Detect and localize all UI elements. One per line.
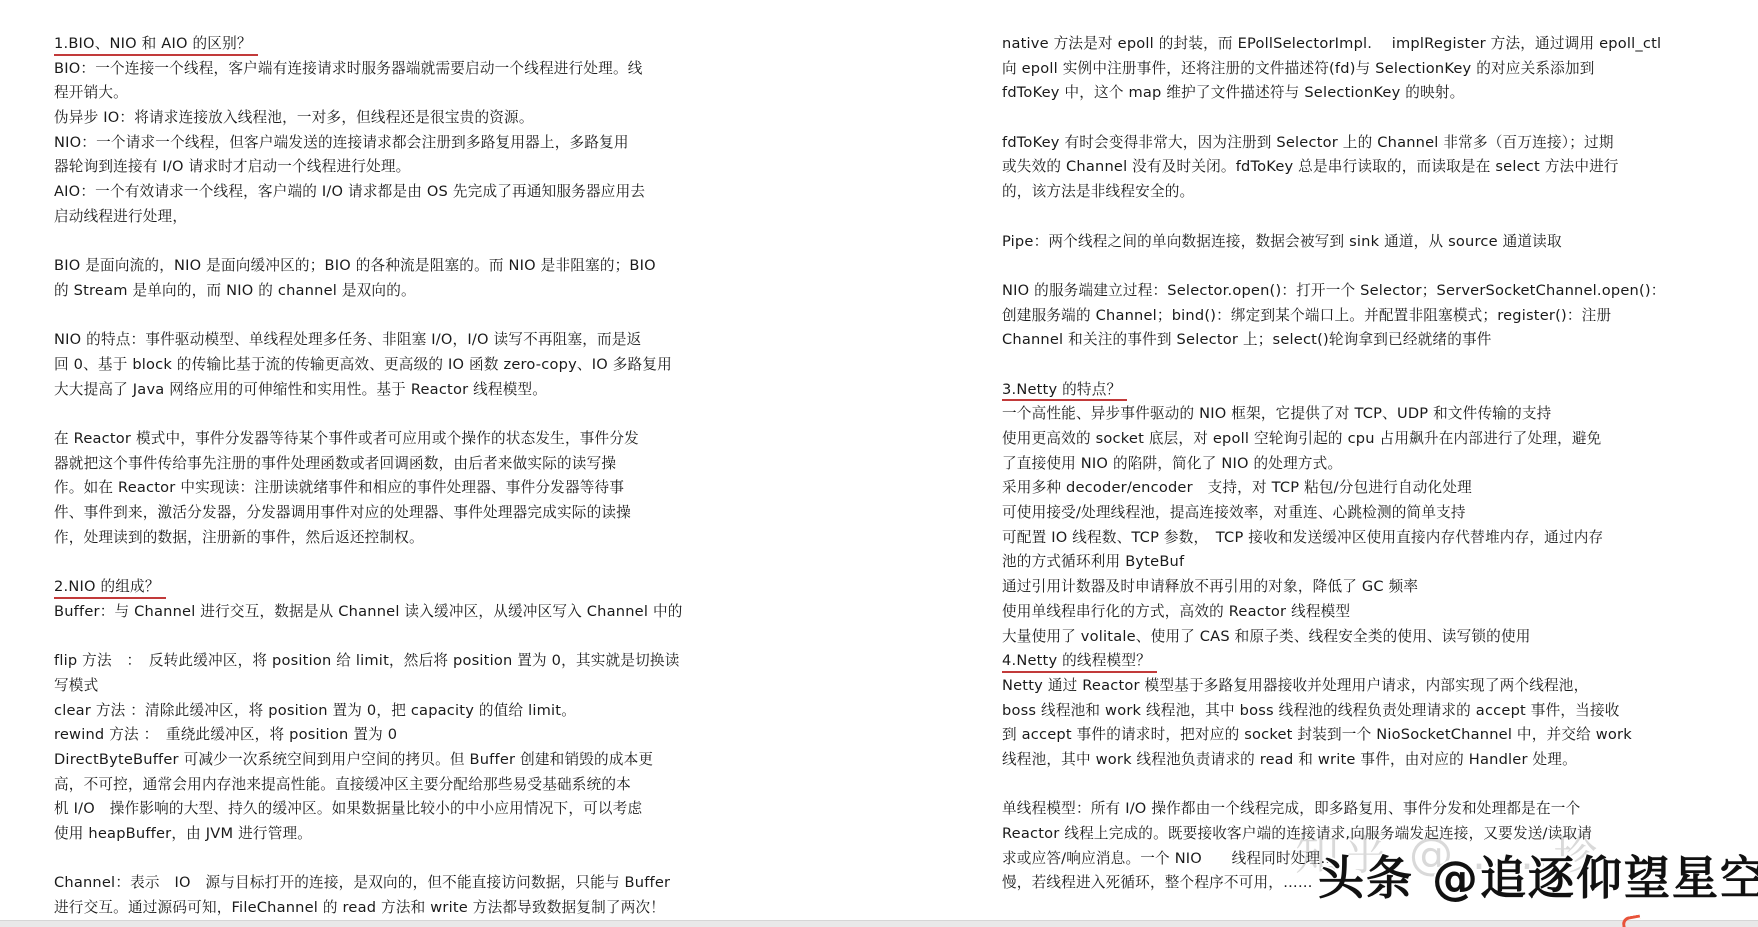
- text-line: boss 线程池和 work 线程池，其中 boss 线程池的线程负责处理请求的…: [1002, 699, 1682, 724]
- text-line: 器就把这个事件传给事先注册的事件处理函数或者回调函数，由后者来做实际的读写操: [54, 452, 724, 477]
- text-line: DirectByteBuffer 可减少一次系统空间到用户空间的拷贝。但 Buf…: [54, 748, 724, 773]
- text-line: native 方法是对 epoll 的封装，而 EPollSelectorImp…: [1002, 32, 1682, 57]
- text-line: 创建服务端的 Channel；bind()：绑定到某个端口上。并配置非阻塞模式；…: [1002, 304, 1682, 329]
- section-heading-row: 1.BIO、NIO 和 AIO 的区别？: [54, 32, 724, 57]
- text-line: 启动线程进行处理，: [54, 205, 724, 230]
- text-line: 作，处理读到的数据，注册新的事件，然后返还控制权。: [54, 526, 724, 551]
- text-line: 了直接使用 NIO 的陷阱，简化了 NIO 的处理方式。: [1002, 452, 1682, 477]
- text-line: 高，不可控，通常会用内存池来提高性能。直接缓冲区主要分配给那些易受基础系统的本: [54, 773, 724, 798]
- bottom-toolbar-strip: [0, 920, 1758, 927]
- text-line: 程开销大。: [54, 81, 724, 106]
- text-line: 可配置 IO 线程数、TCP 参数， TCP 接收和发送缓冲区使用直接内存代替堆…: [1002, 526, 1682, 551]
- text-line: Buffer：与 Channel 进行交互，数据是从 Channel 读入缓冲区…: [54, 600, 724, 625]
- text-line: 求或应答/响应消息。一个 NIO 线程同时处理……: [1002, 847, 1682, 872]
- text-line: 慢，若线程进入死循环，整个程序不可用，……: [1002, 871, 1682, 896]
- blank-line: [54, 304, 724, 329]
- text-line: BIO 是面向流的，NIO 是面向缓冲区的；BIO 的各种流是阻塞的。而 NIO…: [54, 254, 724, 279]
- text-line: 件、事件到来，激活分发器，分发器调用事件对应的处理器、事件处理器完成实际的读操: [54, 501, 724, 526]
- text-line: 使用单线程串行化的方式，高效的 Reactor 线程模型: [1002, 600, 1682, 625]
- text-line: 单线程模型：所有 I/O 操作都由一个线程完成，即多路复用、事件分发和处理都是在…: [1002, 797, 1682, 822]
- text-line: 向 epoll 实例中注册事件，还将注册的文件描述符(fd)与 Selectio…: [1002, 57, 1682, 82]
- text-line: 使用 heapBuffer，由 JVM 进行管理。: [54, 822, 724, 847]
- blank-line: [54, 847, 724, 872]
- text-line: 的，该方法是非线程安全的。: [1002, 180, 1682, 205]
- text-line: 机 I/O 操作影响的大型、持久的缓冲区。如果数据量比较小的中小应用情况下，可以…: [54, 797, 724, 822]
- text-line: Reactor 线程上完成的。既要接收客户端的连接请求,向服务端发起连接，又要发…: [1002, 822, 1682, 847]
- text-line: NIO 的服务端建立过程：Selector.open()：打开一个 Select…: [1002, 279, 1682, 304]
- right-column: native 方法是对 epoll 的封装，而 EPollSelectorImp…: [1002, 32, 1682, 896]
- text-line: 采用多种 decoder/encoder 支持，对 TCP 粘包/分包进行自动化…: [1002, 476, 1682, 501]
- text-line: Pipe：两个线程之间的单向数据连接，数据会被写到 sink 通道，从 sour…: [1002, 230, 1682, 255]
- text-line: 的 Stream 是单向的，而 NIO 的 channel 是双向的。: [54, 279, 724, 304]
- text-line: 使用更高效的 socket 底层，对 epoll 空轮询引起的 cpu 占用飙升…: [1002, 427, 1682, 452]
- text-line: BIO：一个连接一个线程，客户端有连接请求时服务器端就需要启动一个线程进行处理。…: [54, 57, 724, 82]
- section-heading: 2.NIO 的组成？: [54, 575, 166, 600]
- blank-line: [54, 625, 724, 650]
- blank-line: [1002, 205, 1682, 230]
- text-line: Channel 和关注的事件到 Selector 上；select()轮询拿到已…: [1002, 328, 1682, 353]
- text-line: 写模式: [54, 674, 724, 699]
- text-line: 大大提高了 Java 网络应用的可伸缩性和实用性。基于 Reactor 线程模型…: [54, 378, 724, 403]
- section-heading-row: 2.NIO 的组成？: [54, 575, 724, 600]
- text-line: 通过引用计数器及时申请释放不再引用的对象，降低了 GC 频率: [1002, 575, 1682, 600]
- section-heading: 3.Netty 的特点？: [1002, 378, 1127, 403]
- blank-line: [1002, 353, 1682, 378]
- blank-line: [54, 402, 724, 427]
- section-heading: 4.Netty 的线程模型？: [1002, 649, 1157, 674]
- text-line: 一个高性能、异步事件驱动的 NIO 框架，它提供了对 TCP、UDP 和文件传输…: [1002, 402, 1682, 427]
- blank-line: [1002, 773, 1682, 798]
- section-heading: 1.BIO、NIO 和 AIO 的区别？: [54, 32, 258, 57]
- document-page: 1.BIO、NIO 和 AIO 的区别？BIO：一个连接一个线程，客户端有连接请…: [0, 0, 1758, 920]
- text-line: 作。如在 Reactor 中实现读：注册读就绪事件和相应的事件处理器、事件分发器…: [54, 476, 724, 501]
- text-line: Netty 通过 Reactor 模型基于多路复用器接收并处理用户请求，内部实现…: [1002, 674, 1682, 699]
- section-heading-row: 4.Netty 的线程模型？: [1002, 649, 1682, 674]
- left-column: 1.BIO、NIO 和 AIO 的区别？BIO：一个连接一个线程，客户端有连接请…: [54, 32, 724, 921]
- text-line: 到 accept 事件的请求时，把对应的 socket 封装到一个 NioSoc…: [1002, 723, 1682, 748]
- text-line: clear 方法 ：清除此缓冲区，将 position 置为 0，把 capac…: [54, 699, 724, 724]
- text-line: 或失效的 Channel 没有及时关闭。fdToKey 总是串行读取的，而读取是…: [1002, 155, 1682, 180]
- text-line: NIO：一个请求一个线程，但客户端发送的连接请求都会注册到多路复用器上，多路复用: [54, 131, 724, 156]
- text-line: 大量使用了 volitale、使用了 CAS 和原子类、线程安全类的使用、读写锁…: [1002, 625, 1682, 650]
- text-line: 池的方式循环利用 ByteBuf: [1002, 550, 1682, 575]
- section-heading-row: 3.Netty 的特点？: [1002, 378, 1682, 403]
- text-line: 器轮询到连接有 I/O 请求时才启动一个线程进行处理。: [54, 155, 724, 180]
- text-line: 可使用接受/处理线程池，提高连接效率，对重连、心跳检测的简单支持: [1002, 501, 1682, 526]
- text-line: 进行交互。通过源码可知，FileChannel 的 read 方法和 write…: [54, 896, 724, 921]
- text-line: Channel：表示 IO 源与目标打开的连接，是双向的，但不能直接访问数据，只…: [54, 871, 724, 896]
- text-line: AIO：一个有效请求一个线程，客户端的 I/O 请求都是由 OS 先完成了再通知…: [54, 180, 724, 205]
- blank-line: [54, 230, 724, 255]
- text-line: 回 0、基于 block 的传输比基于流的传输更高效、更高级的 IO 函数 ze…: [54, 353, 724, 378]
- text-line: 线程池，其中 work 线程池负责请求的 read 和 write 事件，由对应…: [1002, 748, 1682, 773]
- text-line: rewind 方法 ： 重绕此缓冲区，将 position 置为 0: [54, 723, 724, 748]
- text-line: fdToKey 中，这个 map 维护了文件描述符与 SelectionKey …: [1002, 81, 1682, 106]
- text-line: NIO 的特点：事件驱动模型、单线程处理多任务、非阻塞 I/O，I/O 读写不再…: [54, 328, 724, 353]
- blank-line: [1002, 254, 1682, 279]
- text-line: flip 方法 ： 反转此缓冲区，将 position 给 limit，然后将 …: [54, 649, 724, 674]
- text-line: 在 Reactor 模式中，事件分发器等待某个事件或者可应用或个操作的状态发生，…: [54, 427, 724, 452]
- text-line: fdToKey 有时会变得非常大，因为注册到 Selector 上的 Chann…: [1002, 131, 1682, 156]
- blank-line: [54, 550, 724, 575]
- text-line: 伪异步 IO：将请求连接放入线程池，一对多，但线程还是很宝贵的资源。: [54, 106, 724, 131]
- blank-line: [1002, 106, 1682, 131]
